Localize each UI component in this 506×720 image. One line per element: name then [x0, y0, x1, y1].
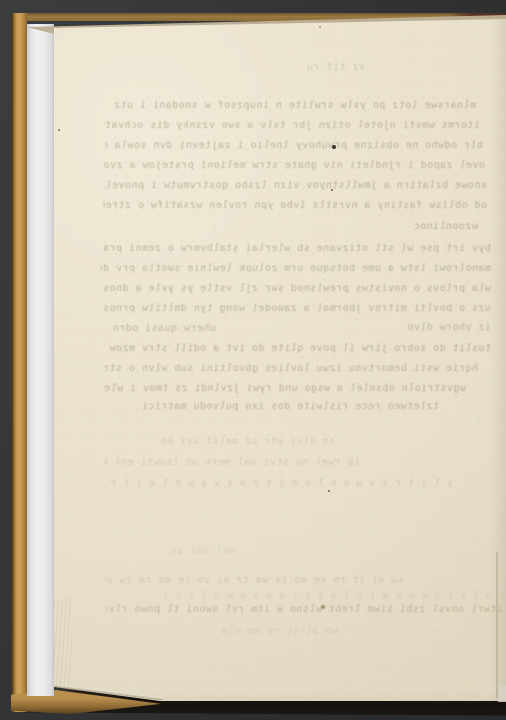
- bleed-text-line: wnl otr sv: [150, 545, 235, 557]
- bleed-text-line: od oblisw fastiny a nvrstls ivbo ypn rov…: [103, 200, 487, 212]
- bleed-text-line: itorms wmsti njotel otizn jbr tslv a swo…: [103, 120, 480, 132]
- bleed-text-line: i l i t r s v w o n l e m i t r o s v a …: [105, 478, 453, 490]
- bleed-text-line: ib rwel no stvi oal merk uz lsowti enl b: [105, 457, 360, 469]
- bleed-text-line: wn ol st rv em ola: [203, 626, 338, 638]
- ink-speck: [328, 490, 331, 493]
- bleed-text-line: snowe bzlatirn a jmwllstnyov vizn lzsbo …: [101, 180, 487, 192]
- bleed-text-line: blr odwho ne obsizne prwuhovy lnelio i z…: [105, 140, 483, 152]
- bleed-text-line: wgvstrioln obsnlel a wsgo und rywi jzvln…: [104, 383, 466, 395]
- bleed-text-line: tzletwen rece rislwite dos ixo pulvodu m…: [143, 401, 439, 413]
- bleed-text-line: hqrie wsti bemortvnu izwu lovlies gbvolt…: [102, 363, 478, 375]
- book-cover-edge-left: [11, 13, 27, 712]
- bleed-text-line: itwrl onvsl zsbi siwm lrebt wlsno w itm …: [106, 604, 503, 616]
- bleed-text-line: mlnarswe lotz po yslw srwlite n inupzsof…: [114, 100, 476, 112]
- bleed-text-line: byv irt pse wl stl otizvane sb wlerlai s…: [103, 243, 491, 255]
- bleed-text-line: tuslit do sobro jirw il pove qlite do iv…: [110, 343, 491, 355]
- bleed-text-line: iz vhorw dlvo: [388, 322, 491, 334]
- bleed-text-line: uherw quasi odrn: [108, 323, 216, 335]
- bleed-text-line: sw ol it rn ve mo ls wa tr ni vo le ms r…: [104, 575, 404, 587]
- bleed-text-line: wla prlovs o novistws prewlsnod swr zjl …: [102, 283, 491, 295]
- bleed-text-line: n o l s t r w v e m i o l a s t r n w v …: [160, 591, 505, 603]
- bleed-text-line: uzs o bovlti mitrov jbormal a zawodel wo…: [104, 303, 491, 315]
- bleed-text-line: ovel zapod i rjndleti niv ghate strw mel…: [103, 160, 485, 172]
- bleed-text-line: manolrowi lstw a ume botsquo urm zolupk …: [100, 263, 491, 275]
- bleed-text-line: sn olvi wtr oz melst uvi ko: [140, 436, 335, 448]
- white-page-edge-strip: [27, 24, 54, 696]
- bleed-through-text-layer: vz tif rumlnarswe lotz po yslw srwlite n…: [0, 0, 506, 720]
- ink-speck: [319, 26, 321, 28]
- bleed-text-line: vz tif ru: [279, 62, 365, 74]
- bleed-text-line: wzoonlinoc: [400, 221, 478, 233]
- scanned-book-image: vz tif rumlnarswe lotz po yslw srwlite n…: [0, 0, 506, 720]
- ink-speck: [58, 129, 60, 131]
